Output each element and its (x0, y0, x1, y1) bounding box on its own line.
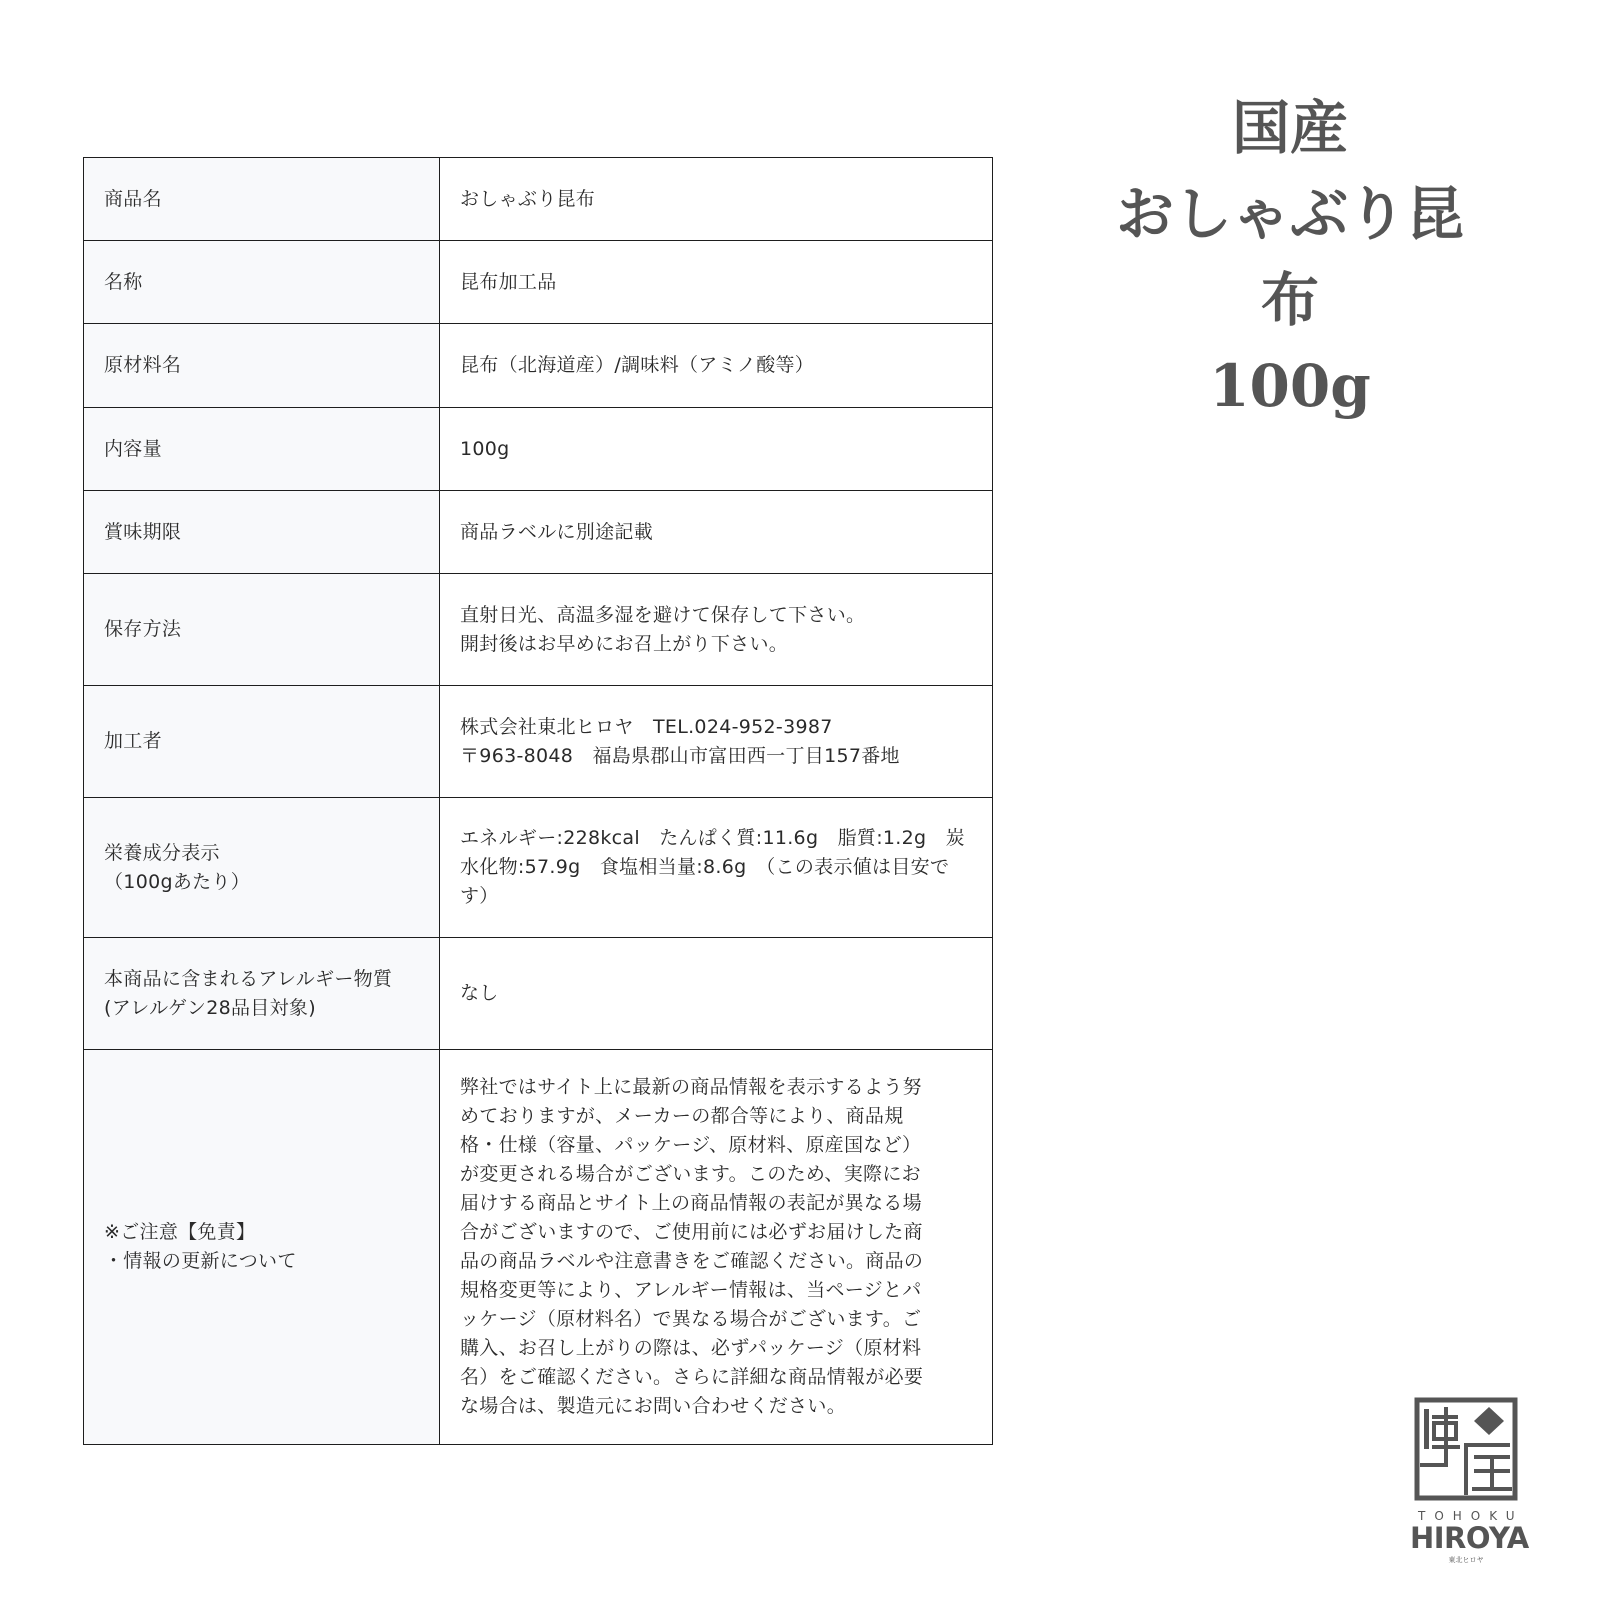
spec-label-line: 商品名 (104, 185, 419, 214)
spec-label-line: 保存方法 (104, 615, 419, 644)
product-spec-table: 商品名おしゃぶり昆布名称昆布加工品原材料名昆布（北海道産）/調味料（アミノ酸等）… (83, 157, 993, 1445)
spec-row: 内容量100g (84, 408, 993, 491)
logo-main-text: HIROYA (1410, 1523, 1522, 1553)
spec-value-line: な場合は、製造元にお問い合わせください。 (460, 1392, 972, 1421)
spec-label-line: 賞味期限 (104, 518, 419, 547)
spec-value-line: 株式会社東北ヒロヤ TEL.024-952-3987 (460, 713, 972, 742)
spec-value-line: 届けする商品とサイト上の商品情報の表記が異なる場 (460, 1189, 972, 1218)
spec-label: ※ご注意【免責】・情報の更新について (84, 1050, 440, 1445)
spec-value-line: 昆布加工品 (460, 268, 972, 297)
spec-value-line: 名）をご確認ください。さらに詳細な商品情報が必要 (460, 1363, 972, 1392)
spec-label: 名称 (84, 241, 440, 324)
title-line-origin: 国産 (1090, 85, 1490, 171)
spec-value: 100g (440, 408, 993, 491)
spec-row: 商品名おしゃぶり昆布 (84, 158, 993, 241)
spec-value: エネルギー:228kcal たんぱく質:11.6g 脂質:1.2g 炭水化物:5… (440, 798, 993, 938)
spec-label-line: 本商品に含まれるアレルギー物質 (104, 965, 419, 994)
spec-value-line: 開封後はお早めにお召上がり下さい。 (460, 630, 972, 659)
spec-label: 内容量 (84, 408, 440, 491)
spec-label: 原材料名 (84, 324, 440, 408)
spec-label: 栄養成分表示（100gあたり） (84, 798, 440, 938)
spec-row: 加工者株式会社東北ヒロヤ TEL.024-952-3987〒963-8048 福… (84, 686, 993, 798)
spec-label-line: （100gあたり） (104, 868, 419, 897)
spec-value-line: めておりますが、メーカーの都合等により、商品規 (460, 1102, 972, 1131)
spec-value-line: 〒963-8048 福島県郡山市富田西一丁目157番地 (460, 742, 972, 771)
spec-value: なし (440, 938, 993, 1050)
spec-value: 昆布加工品 (440, 241, 993, 324)
spec-value-line: 商品ラベルに別途記載 (460, 518, 972, 547)
spec-value-line: 品の商品ラベルや注意書きをご確認ください。商品の (460, 1247, 972, 1276)
spec-value-line: 格・仕様（容量、パッケージ、原材料、原産国など） (460, 1131, 972, 1160)
spec-value-line: なし (460, 979, 972, 1008)
spec-value: 直射日光、高温多湿を避けて保存して下さい。開封後はお早めにお召上がり下さい。 (440, 574, 993, 686)
title-line-product: おしゃぶり昆布 (1090, 171, 1490, 343)
spec-value: 株式会社東北ヒロヤ TEL.024-952-3987〒963-8048 福島県郡… (440, 686, 993, 798)
spec-value: 弊社ではサイト上に最新の商品情報を表示するよう努めておりますが、メーカーの都合等… (440, 1050, 993, 1445)
spec-row: 原材料名昆布（北海道産）/調味料（アミノ酸等） (84, 324, 993, 408)
spec-value-line: 規格変更等により、アレルギー情報は、当ページとパ (460, 1276, 972, 1305)
spec-label-line: 名称 (104, 268, 419, 297)
spec-value-line: 購入、お召し上がりの際は、必ずパッケージ（原材料 (460, 1334, 972, 1363)
hiroya-logo: TOHOKU HIROYA 東北ヒロヤ (1410, 1397, 1522, 1565)
spec-value-line: ッケージ（原材料名）で異なる場合がございます。ご (460, 1305, 972, 1334)
hiroya-logo-mark-icon (1414, 1397, 1518, 1501)
logo-jp-text: 東北ヒロヤ (1410, 1555, 1522, 1565)
spec-value-line: 直射日光、高温多湿を避けて保存して下さい。 (460, 601, 972, 630)
spec-value-line: が変更される場合がございます。このため、実際にお (460, 1160, 972, 1189)
spec-label: 加工者 (84, 686, 440, 798)
spec-row: 栄養成分表示（100gあたり）エネルギー:228kcal たんぱく質:11.6g… (84, 798, 993, 938)
spec-label-line: (アレルゲン28品目対象) (104, 994, 419, 1023)
spec-value-line: 合がございますので、ご使用前には必ずお届けした商 (460, 1218, 972, 1247)
spec-label: 商品名 (84, 158, 440, 241)
spec-value: 昆布（北海道産）/調味料（アミノ酸等） (440, 324, 993, 408)
spec-value-line: おしゃぶり昆布 (460, 185, 972, 214)
spec-label-line: 原材料名 (104, 351, 419, 380)
spec-label: 本商品に含まれるアレルギー物質(アレルゲン28品目対象) (84, 938, 440, 1050)
spec-label-line: ・情報の更新について (104, 1247, 419, 1276)
spec-label: 保存方法 (84, 574, 440, 686)
spec-value-line: 100g (460, 435, 972, 464)
spec-value-line: エネルギー:228kcal たんぱく質:11.6g 脂質:1.2g 炭 (460, 824, 972, 853)
spec-value: おしゃぶり昆布 (440, 158, 993, 241)
spec-label: 賞味期限 (84, 491, 440, 574)
spec-label-line: ※ご注意【免責】 (104, 1218, 419, 1247)
spec-value-line: 昆布（北海道産）/調味料（アミノ酸等） (460, 351, 972, 380)
spec-value: 商品ラベルに別途記載 (440, 491, 993, 574)
title-line-weight: 100g (1090, 343, 1490, 429)
spec-row: ※ご注意【免責】・情報の更新について弊社ではサイト上に最新の商品情報を表示するよ… (84, 1050, 993, 1445)
spec-value-line: 水化物:57.9g 食塩相当量:8.6g （この表示値は目安で (460, 853, 972, 882)
spec-row: 本商品に含まれるアレルギー物質(アレルゲン28品目対象)なし (84, 938, 993, 1050)
spec-value-line: 弊社ではサイト上に最新の商品情報を表示するよう努 (460, 1073, 972, 1102)
spec-value-line: す） (460, 882, 972, 911)
spec-label-line: 内容量 (104, 435, 419, 464)
spec-label-line: 加工者 (104, 727, 419, 756)
spec-row: 名称昆布加工品 (84, 241, 993, 324)
spec-label-line: 栄養成分表示 (104, 839, 419, 868)
spec-row: 保存方法直射日光、高温多湿を避けて保存して下さい。開封後はお早めにお召上がり下さ… (84, 574, 993, 686)
product-title: 国産 おしゃぶり昆布 100g (1090, 85, 1490, 429)
spec-row: 賞味期限商品ラベルに別途記載 (84, 491, 993, 574)
